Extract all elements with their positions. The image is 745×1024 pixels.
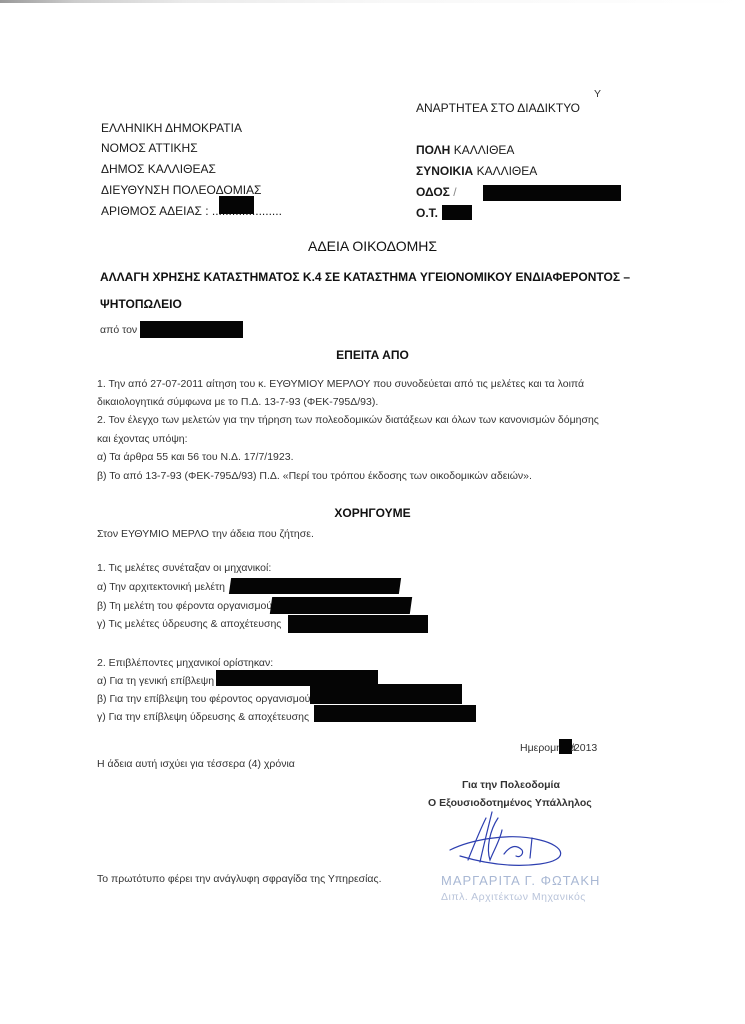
street-field: ΟΔΟΣ / — [416, 185, 457, 199]
web-publication-notice: ΑΝΑΡΤΗΤΕΑ ΣΤΟ ΔΙΑΔΙΚΤΥΟ — [416, 101, 580, 115]
district-field: ΣΥΝΟΙΚΙΑ ΚΑΛΛΙΘΕΑ — [416, 164, 537, 178]
study-item-1: α) Την αρχιτεκτονική μελέτη — [97, 581, 225, 593]
grant-text: Στον ΕΥΘΥΜΙΟ ΜΕΡΛΟ την άδεια που ζήτησε. — [97, 528, 314, 540]
redaction-permit-number — [219, 196, 254, 214]
authority-line-2: ΝΟΜΟΣ ΑΤΤΙΚΗΣ — [101, 141, 198, 155]
subject-line-2: ΨΗΤΟΠΩΛΕΙΟ — [100, 297, 182, 311]
study-item-2: β) Τη μελέτη του φέροντα οργανισμού — [97, 600, 272, 612]
subject-line-1: ΑΛΛΑΓΗ ΧΡΗΣΗΣ ΚΑΤΑΣΤΗΜΑΤΟΣ Κ.4 ΣΕ ΚΑΤΑΣΤ… — [100, 270, 630, 284]
authority-line-3: ΔΗΜΟΣ ΚΑΛΛΙΘΕΑΣ — [101, 162, 216, 176]
block-label: Ο.Τ. — [416, 206, 438, 220]
corner-mark: Υ — [594, 88, 601, 100]
redaction-block — [442, 205, 472, 220]
supervisors-heading: 2. Επιβλέποντες μηχανικοί ορίστηκαν: — [97, 657, 273, 669]
redaction-applicant — [140, 321, 243, 338]
after-heading: ΕΠΕΙΤΑ ΑΠΟ — [0, 348, 745, 362]
after-item-1: 1. Την από 27-07-2011 αίτηση του κ. ΕΥΘΥ… — [97, 378, 584, 390]
after-item-2: δικαιολογητικά σύμφωνα με το Π.Δ. 13-7-9… — [97, 396, 378, 408]
redaction-supervisor-3 — [314, 705, 476, 722]
signature-line-1: Για την Πολεοδομία — [462, 779, 560, 791]
redaction-street — [483, 185, 621, 201]
supervisor-item-1: α) Για τη γενική επίβλεψη — [97, 675, 214, 687]
redaction-study-3 — [288, 615, 428, 633]
grant-heading: ΧΟΡΗΓΟΥΜΕ — [0, 506, 745, 520]
study-item-3: γ) Τις μελέτες ύδρευσης & αποχέτευσης — [97, 618, 281, 630]
redaction-supervisor-2 — [310, 684, 462, 704]
signature-line-2: Ο Εξουσιοδοτημένος Υπάλληλος — [428, 797, 592, 809]
city-field: ΠΟΛΗ ΚΑΛΛΙΘΕΑ — [416, 143, 514, 157]
date-value: /2013 — [571, 742, 597, 754]
after-item-5: α) Τα άρθρα 55 και 56 του Ν.Δ. 17/7/1923… — [97, 451, 294, 463]
supervisor-item-3: γ) Για την επίβλεψη ύδρευσης & αποχέτευσ… — [97, 711, 309, 723]
handwritten-signature — [440, 810, 600, 870]
authority-line-4: ΔΙΕΥΘΥΝΣΗ ΠΟΛΕΟΔΟΜΙΑΣ — [101, 183, 261, 197]
supervisor-item-2: β) Για την επίβλεψη του φέροντος οργανισ… — [97, 693, 310, 705]
document-title: ΑΔΕΙΑ ΟΙΚΟΔΟΜΗΣ — [0, 238, 745, 254]
after-item-3: 2. Τον έλεγχο των μελετών για την τήρηση… — [97, 414, 599, 426]
original-seal-note: Το πρωτότυπο φέρει την ανάγλυφη σφραγίδα… — [97, 873, 381, 885]
redaction-study-2 — [270, 597, 412, 614]
validity-statement: Η άδεια αυτή ισχύει για τέσσερα (4) χρόν… — [97, 758, 295, 770]
redaction-study-1 — [229, 578, 401, 594]
after-item-4: και έχοντας υπόψη: — [97, 433, 188, 445]
stamp-title: Διπλ. Αρχιτέκτων Μηχανικός — [441, 891, 586, 903]
after-item-6: β) Το από 13-7-93 (ΦΕΚ-795Δ/93) Π.Δ. «Πε… — [97, 470, 532, 482]
studies-heading: 1. Τις μελέτες συνέταξαν οι μηχανικοί: — [97, 562, 271, 574]
applicant-label: από τον — [100, 324, 137, 336]
stamp-name: ΜΑΡΓΑΡΙΤΑ Γ. ΦΩΤΑΚΗ — [441, 873, 600, 888]
authority-line-1: ΕΛΛΗΝΙΚΗ ΔΗΜΟΚΡΑΤΙΑ — [101, 121, 242, 135]
permit-number-label: ΑΡΙΘΜΟΣ ΑΔΕΙΑΣ : ..................... — [101, 204, 282, 218]
scan-edge — [0, 0, 745, 3]
